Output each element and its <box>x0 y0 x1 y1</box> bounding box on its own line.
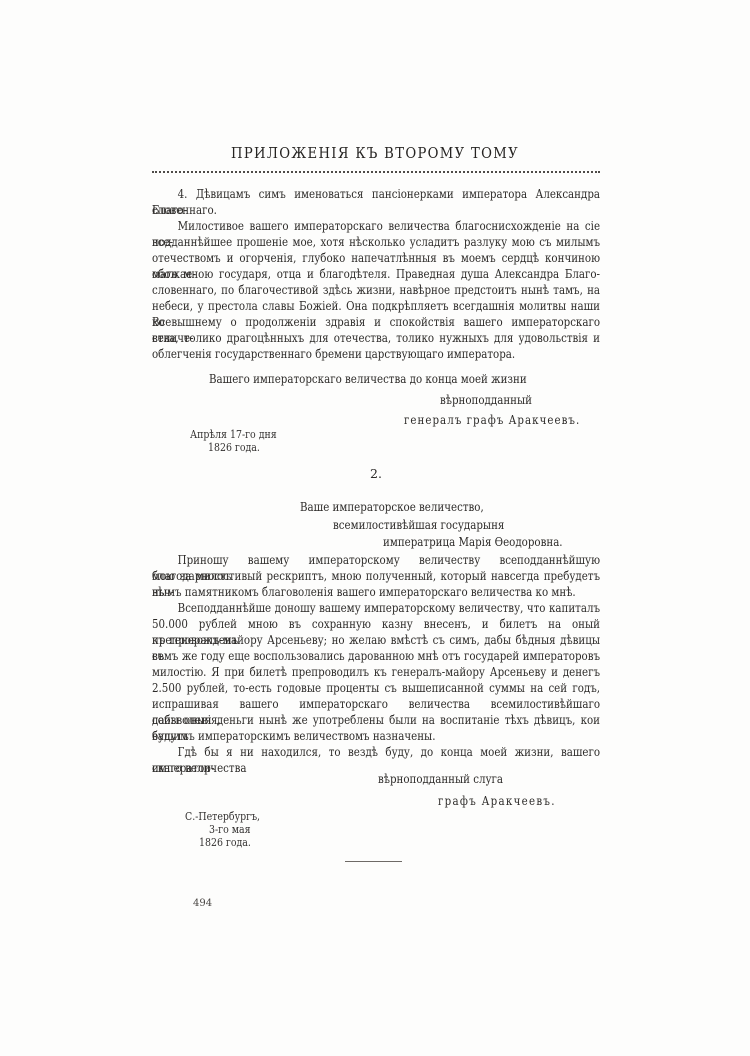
letter2-salutation-line: Ваше императорское величество, <box>300 500 484 514</box>
text-line: Всевышнему о продолженіи здравія и споко… <box>152 314 600 330</box>
letter1-signature-role: вѣрноподданный <box>440 393 532 407</box>
text-line: ства, толико драгоцѣнныхъ для отечества,… <box>152 330 600 346</box>
text-line: небеси, у престола славы Божіей. Она под… <box>152 298 600 314</box>
text-line: маго мною государя, отца и благодѣтеля. … <box>152 266 600 282</box>
letter2-section-number: 2. <box>152 466 600 481</box>
letter1-date-line: 1826 года. <box>208 441 260 454</box>
text-line: 4. Дѣвицамъ симъ именоваться пансіонерка… <box>152 186 600 202</box>
letter1-closing-line: Вашего императорскаго величества до конц… <box>209 372 527 386</box>
letter2-signature-name: графъ Аракчеевъ. <box>438 794 556 808</box>
text-line: Милостивое вашего императорскаго величес… <box>152 218 600 234</box>
page-number: 494 <box>193 898 212 909</box>
letter1-date-line: Апрѣля 17-го дня <box>190 428 277 441</box>
text-line: скаго величества <box>152 760 600 776</box>
text-line: Всеподданнѣйше доношу вашему императорск… <box>152 600 600 616</box>
text-line: мою за милостивый рескриптъ, мною получе… <box>152 568 600 584</box>
text-line: Гдѣ бы я ни находился, то вездѣ буду, до… <box>152 744 600 760</box>
text-line: отечествомъ и огорченія, глубоко напечат… <box>152 250 600 266</box>
letter2-signature-role: вѣрноподданный слуга <box>378 772 503 786</box>
book-page-scan: ПРИЛОЖЕНІЯ КЪ ВТОРОМУ ТОМУ 4. Дѣвицамъ с… <box>0 0 750 1056</box>
letter2-date-line: 3-го мая <box>209 823 251 836</box>
letter1-signature-name: генералъ графъ Аракчеевъ. <box>404 413 580 427</box>
title-separator-dotted-rule <box>152 171 600 173</box>
letter2-body: Приношу вашему императорскому величеству… <box>152 552 600 776</box>
text-line: дабы оныя деньги нынѣ же употреблены был… <box>152 712 600 728</box>
text-line: словеннаго, по благочестивой здѣсь жизни… <box>152 282 600 298</box>
text-line: Приношу вашему императорскому величеству… <box>152 552 600 568</box>
letter2-date-line: 1826 года. <box>199 836 251 849</box>
text-line: облегченія государственнаго бремени царс… <box>152 346 600 362</box>
text-line: словеннаго. <box>152 202 600 218</box>
letter2-salutation-line: всемилостивѣйшая государыня <box>333 518 504 532</box>
end-separator-rule <box>345 861 402 862</box>
text-line: 2.500 рублей, то-есть годовые проценты с… <box>152 680 600 696</box>
text-line: вашимъ императорскимъ величествомъ назна… <box>152 728 600 744</box>
page-title: ПРИЛОЖЕНІЯ КЪ ВТОРОМУ ТОМУ <box>178 144 572 162</box>
text-line: испрашивая вашего императорскаго величес… <box>152 696 600 712</box>
text-line: семъ же году еще воспользовались дарован… <box>152 648 600 664</box>
text-line: милостію. Я при билетѣ препроводилъ къ г… <box>152 664 600 680</box>
text-line: къ генералъ-майору Арсеньеву; но желаю в… <box>152 632 600 648</box>
text-line: 50.000 рублей мною въ сохранную казну вн… <box>152 616 600 632</box>
letter1-body: 4. Дѣвицамъ симъ именоваться пансіонерка… <box>152 186 600 362</box>
text-line: подданнѣйшее прошеніе мое, хотя нѣскольк… <box>152 234 600 250</box>
letter2-place-line: С.-Петербургъ, <box>185 810 260 823</box>
text-line: нымъ памятникомъ благоволенія вашего имп… <box>152 584 600 600</box>
letter2-salutation-line: императрица Марія Ѳеодоровна. <box>383 535 563 549</box>
